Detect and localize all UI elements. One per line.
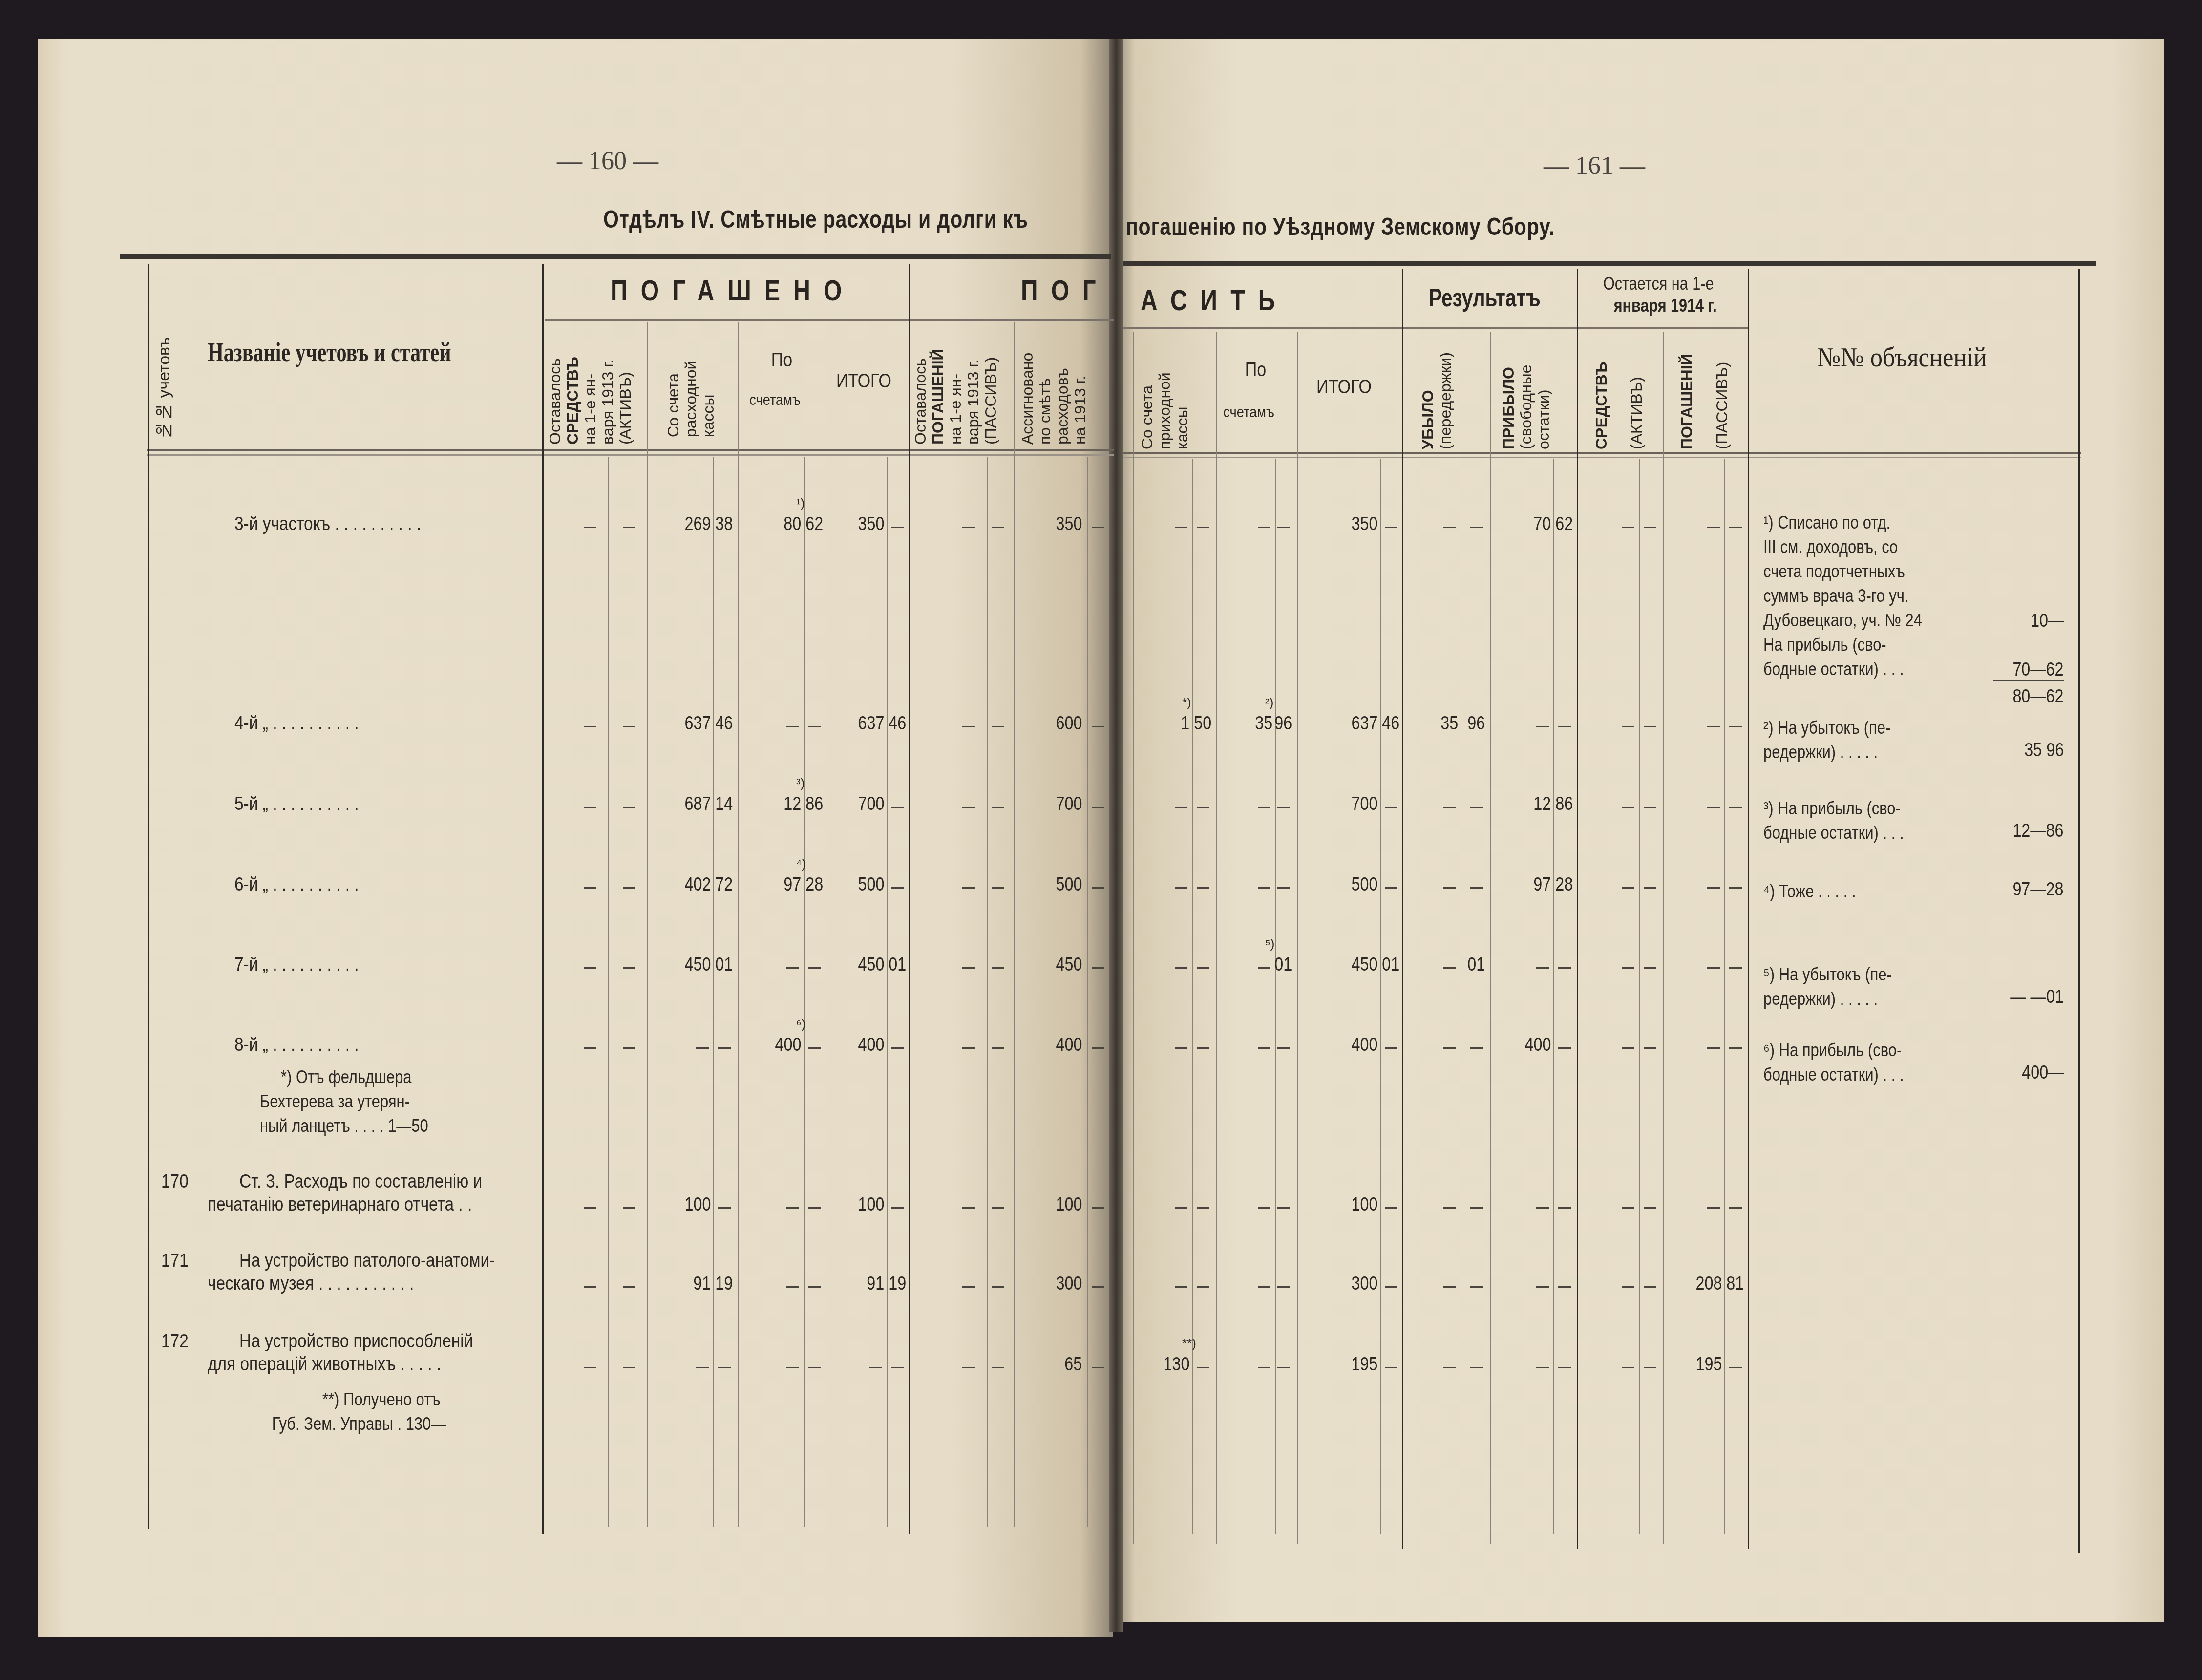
row-number: 172	[161, 1331, 189, 1352]
top-rule-left	[120, 254, 1111, 259]
header-itogo: ИТОГО	[836, 370, 891, 392]
empty-dash	[718, 1367, 731, 1368]
empty-dash	[869, 1367, 882, 1368]
empty-dash	[1175, 1286, 1187, 1288]
empty-dash	[1622, 726, 1634, 727]
header-so-scheta-rashod: Со счетарасходнойкассы	[664, 325, 717, 437]
col-line	[191, 264, 191, 1529]
empty-dash	[962, 527, 975, 528]
empty-dash	[1092, 527, 1104, 528]
prih-rub: 1	[1181, 713, 1189, 734]
empty-dash	[1622, 807, 1634, 808]
empty-dash	[891, 1207, 904, 1209]
empty-dash	[1258, 887, 1270, 889]
header-bottom-rule-right-2	[1123, 457, 2081, 458]
empty-dash	[1644, 527, 1656, 528]
header-bottom-rule-right	[1123, 452, 2081, 454]
empty-dash	[808, 967, 821, 969]
empty-dash	[992, 527, 1004, 528]
itogo-kop: 01	[889, 955, 906, 976]
ubylo-rub: 35	[1440, 713, 1458, 734]
empty-dash	[1197, 967, 1209, 969]
header-schetam-2: счетамъ	[1223, 403, 1274, 421]
empty-dash	[786, 967, 799, 969]
row-name: печатанію ветеринарнаго отчета . .	[208, 1194, 472, 1215]
rash-rub: 637	[684, 713, 711, 734]
section-title-left: Отдѣлъ IV. Смѣтные расходы и долги къ	[603, 205, 1028, 234]
rash-rub: 91	[693, 1274, 711, 1295]
col-line	[1639, 459, 1640, 1534]
empty-dash	[1385, 1367, 1397, 1368]
row-name-line1: На устройство приспособленій	[239, 1331, 473, 1352]
empty-dash	[1729, 1207, 1742, 1209]
header-pribylo: ПРИБЫЛО(свободныеостатки)	[1500, 332, 1552, 449]
itogo2-rub: 700	[1351, 794, 1377, 815]
empty-dash	[1729, 887, 1742, 889]
empty-dash	[1558, 1047, 1571, 1049]
empty-dash	[1175, 887, 1187, 889]
header-assignovano: Ассигнованопо смѣтѣрасходовъна 1913 г.	[1018, 325, 1089, 445]
empty-dash	[1443, 1286, 1456, 1288]
empty-dash	[1644, 726, 1656, 727]
header-sredstv: СРЕДСТВЪ(АКТИВЪ)	[1592, 337, 1645, 449]
empty-dash	[992, 1047, 1004, 1049]
empty-dash	[1443, 1367, 1456, 1368]
footnote-marker: ³)	[796, 776, 805, 791]
rash-rub: 450	[684, 955, 711, 976]
pribylo-rub: 12	[1533, 794, 1551, 815]
empty-dash	[623, 887, 635, 889]
empty-dash	[584, 967, 596, 969]
empty-dash	[1729, 1367, 1742, 1368]
empty-dash	[1558, 1207, 1571, 1209]
empty-dash	[891, 807, 904, 808]
empty-dash	[1277, 1207, 1290, 1209]
itogo-kop: 19	[889, 1274, 906, 1295]
empty-dash	[891, 1367, 904, 1368]
row-name: 4-й „ . . . . . . . . . .	[234, 713, 359, 734]
explanation-amount: — —01	[2010, 987, 2064, 1008]
empty-dash	[1707, 527, 1720, 528]
empty-dash	[1707, 726, 1720, 727]
rash-kop: 46	[715, 713, 733, 734]
header-name-col: Названіе учетовъ и статей	[208, 337, 451, 367]
empty-dash	[1729, 527, 1742, 528]
empty-dash	[1536, 726, 1549, 727]
empty-dash	[1729, 967, 1742, 969]
explanation-amount: 10—	[2031, 611, 2064, 632]
explanation-text: ³) На прибыль (сво-бодные остатки) . . .	[1763, 796, 1904, 845]
empty-dash	[1644, 967, 1656, 969]
empty-dash	[1092, 887, 1104, 889]
empty-dash	[1258, 1207, 1270, 1209]
empty-dash	[1197, 527, 1209, 528]
empty-dash	[1197, 807, 1209, 808]
col-line	[987, 457, 988, 1527]
footnote-marker: ⁴)	[796, 856, 806, 872]
col-line	[713, 457, 714, 1527]
rash-kop: 38	[715, 514, 733, 535]
col-line	[1275, 459, 1276, 1534]
empty-dash	[962, 887, 975, 889]
col-line	[804, 457, 805, 1527]
empty-dash	[992, 1207, 1004, 1209]
pogash-rub: 208	[1695, 1274, 1722, 1295]
page-number-left: — 160 —	[557, 147, 658, 175]
rash-kop: 14	[715, 794, 733, 815]
row-number: 171	[161, 1251, 189, 1272]
col-line	[1216, 332, 1217, 1544]
empty-dash	[1258, 1367, 1270, 1368]
empty-dash	[992, 1367, 1004, 1368]
empty-dash	[1536, 1367, 1549, 1368]
col-line	[647, 322, 648, 1527]
empty-dash	[1443, 1047, 1456, 1049]
empty-dash	[1707, 967, 1720, 969]
empty-dash	[786, 1367, 799, 1368]
col-line	[1380, 459, 1381, 1534]
row-name: для операцій животныхъ . . . . .	[208, 1354, 441, 1375]
empty-dash	[1443, 527, 1456, 528]
empty-dash	[1092, 1367, 1104, 1368]
po_sch-rub: 80	[783, 514, 801, 535]
empty-dash	[786, 1207, 799, 1209]
empty-dash	[1443, 1207, 1456, 1209]
itogo-rub: 500	[858, 874, 884, 895]
empty-dash	[1707, 807, 1720, 808]
row-name-line1: На устройство патолого-анатоми-	[239, 1251, 495, 1272]
prih-rub: 130	[1163, 1354, 1189, 1375]
empty-dash	[623, 807, 635, 808]
empty-dash	[1258, 1286, 1270, 1288]
empty-dash	[696, 1367, 709, 1368]
col-line	[1297, 332, 1298, 1544]
po_sch2-rub: 35	[1255, 713, 1272, 734]
empty-dash	[1622, 967, 1634, 969]
itogo-kop: 46	[889, 713, 906, 734]
empty-dash	[1470, 887, 1483, 889]
sum-rule	[1993, 680, 2064, 681]
empty-dash	[623, 527, 635, 528]
pribylo-rub: 97	[1533, 874, 1551, 895]
itogo-rub: 450	[858, 955, 884, 976]
empty-dash	[1385, 1286, 1397, 1288]
col-line	[608, 457, 609, 1527]
empty-dash	[1707, 887, 1720, 889]
empty-dash	[962, 726, 975, 727]
footnote-marker: ⁵)	[1265, 936, 1274, 952]
itogo2-rub: 400	[1351, 1035, 1377, 1056]
footnote-marker: **)	[1182, 1336, 1196, 1351]
col-line	[1014, 322, 1015, 1527]
itogo-rub: 400	[858, 1035, 884, 1056]
empty-dash	[623, 967, 635, 969]
empty-dash	[1258, 967, 1270, 969]
row-name: ческаго музея . . . . . . . . . . .	[208, 1274, 414, 1295]
empty-dash	[1197, 887, 1209, 889]
empty-dash	[962, 1047, 975, 1049]
explanation-amount: 12—86	[2013, 821, 2064, 842]
empty-dash	[1277, 527, 1290, 528]
subhdr-rule-left	[545, 319, 1114, 321]
rash-rub: 100	[684, 1194, 711, 1215]
empty-dash	[1258, 1047, 1270, 1049]
empty-dash	[1092, 967, 1104, 969]
empty-dash	[1175, 967, 1187, 969]
pribylo-kop: 28	[1555, 874, 1573, 895]
empty-dash	[623, 1207, 635, 1209]
assign-rub: 600	[1056, 713, 1082, 734]
footnote-marker: *)	[1182, 695, 1191, 710]
assign-rub: 350	[1056, 514, 1082, 535]
assign-rub: 400	[1056, 1035, 1082, 1056]
empty-dash	[1644, 1367, 1656, 1368]
col-line	[1192, 459, 1193, 1534]
ubylo-kop: 96	[1467, 713, 1485, 734]
empty-dash	[1558, 1367, 1571, 1368]
empty-dash	[1092, 726, 1104, 727]
empty-dash	[808, 1286, 821, 1288]
po_sch2-kop: 01	[1274, 955, 1292, 976]
pribylo-kop: 62	[1555, 514, 1573, 535]
itogo-rub: 91	[867, 1274, 884, 1295]
row-name: 5-й „ . . . . . . . . . .	[234, 794, 359, 815]
col-line	[887, 457, 888, 1527]
pribylo-rub: 70	[1533, 514, 1551, 535]
col-line	[1663, 332, 1664, 1544]
pogash-kop: 81	[1726, 1274, 1744, 1295]
subhdr-rule-right	[1123, 327, 1749, 329]
header-po: По	[771, 349, 792, 371]
empty-dash	[992, 887, 1004, 889]
empty-dash	[584, 1207, 596, 1209]
empty-dash	[1197, 1286, 1209, 1288]
header-remains-line1: Остается на 1-е	[1603, 274, 1714, 294]
footnote-marker: ²)	[1265, 695, 1273, 710]
empty-dash	[1277, 1286, 1290, 1288]
itogo2-rub: 195	[1351, 1354, 1377, 1375]
assign-rub: 65	[1064, 1354, 1082, 1375]
empty-dash	[718, 1047, 731, 1049]
empty-dash	[1470, 1207, 1483, 1209]
header-po-2: По	[1245, 359, 1266, 381]
assign-rub: 100	[1056, 1194, 1082, 1215]
empty-dash	[1258, 527, 1270, 528]
assign-rub: 450	[1056, 955, 1082, 976]
empty-dash	[1707, 1047, 1720, 1049]
header-group-pogasheno: ПОГАШЕНО	[611, 274, 855, 307]
empty-dash	[1443, 887, 1456, 889]
col-line	[1402, 269, 1403, 1549]
po_sch-kop: 86	[805, 794, 823, 815]
prih-kop: 50	[1194, 713, 1211, 734]
footnote-double-star: **) Получено отъ Губ. Зем. Управы . 130—	[322, 1387, 446, 1436]
empty-dash	[584, 1047, 596, 1049]
header-remains-line2: января 1914 г.	[1614, 296, 1717, 316]
empty-dash	[1092, 1286, 1104, 1288]
empty-dash	[1707, 1207, 1720, 1209]
explanation-text: ⁶) На прибыль (сво-бодные остатки) . . .	[1763, 1038, 1904, 1087]
empty-dash	[992, 726, 1004, 727]
header-ubylo: УБЫЛО(передержки)	[1419, 332, 1454, 449]
empty-dash	[1175, 1207, 1187, 1209]
empty-dash	[1443, 807, 1456, 808]
header-group-result: Результатъ	[1429, 283, 1541, 313]
empty-dash	[1622, 1047, 1634, 1049]
header-num-col: №№ учетовъ	[155, 313, 173, 440]
col-line	[542, 264, 544, 1534]
empty-dash	[584, 807, 596, 808]
empty-dash	[1536, 967, 1549, 969]
empty-dash	[1385, 527, 1397, 528]
itogo-rub: 637	[858, 713, 884, 734]
pogash-rub: 195	[1695, 1354, 1722, 1375]
col-line	[1133, 332, 1134, 1544]
explanation-text: ⁴) Тоже . . . . .	[1763, 879, 1856, 904]
row-number: 170	[161, 1171, 189, 1192]
empty-dash	[962, 1286, 975, 1288]
col-line	[1490, 332, 1491, 1544]
itogo2-kop: 01	[1382, 955, 1399, 976]
empty-dash	[1644, 1047, 1656, 1049]
ubylo-kop: 01	[1467, 955, 1485, 976]
empty-dash	[1385, 887, 1397, 889]
page-number-right: — 161 —	[1544, 151, 1645, 180]
empty-dash	[584, 1367, 596, 1368]
footnote-marker: ⁶)	[796, 1017, 805, 1032]
po_sch-kop: 62	[805, 514, 823, 535]
row-name: 8-й „ . . . . . . . . . .	[234, 1035, 359, 1056]
empty-dash	[1385, 1047, 1397, 1049]
col-line	[2078, 269, 2080, 1553]
empty-dash	[992, 967, 1004, 969]
footnote-star: *) Отъ фельдшера Бехтерева за утерян- ны…	[281, 1065, 428, 1138]
row-name-line1: Ст. 3. Расходъ по составленію и	[239, 1171, 482, 1192]
empty-dash	[891, 1047, 904, 1049]
empty-dash	[1536, 1286, 1549, 1288]
empty-dash	[623, 1047, 635, 1049]
empty-dash	[1092, 1047, 1104, 1049]
itogo2-rub: 100	[1351, 1194, 1377, 1215]
footnote-marker: ¹)	[796, 496, 805, 511]
explanation-text: ⁵) На убытокъ (пе-редержки) . . . . .	[1763, 962, 1892, 1011]
empty-dash	[1385, 807, 1397, 808]
col-line	[1748, 269, 1749, 1549]
empty-dash	[1092, 807, 1104, 808]
itogo-rub: 100	[858, 1194, 884, 1215]
empty-dash	[992, 807, 1004, 808]
header-ostavalos-sredstv: ОставалосьСРЕДСТВЪна 1-е ян-варя 1913 г.…	[546, 325, 634, 445]
empty-dash	[1622, 887, 1634, 889]
explanation-amount: 80—62	[2013, 686, 2064, 707]
empty-dash	[1175, 1047, 1187, 1049]
assign-rub: 300	[1056, 1274, 1082, 1295]
empty-dash	[891, 527, 904, 528]
empty-dash	[1729, 1047, 1742, 1049]
row-name: 3-й участокъ . . . . . . . . . .	[234, 514, 421, 535]
header-group-pog: ПОГ	[1021, 274, 1109, 307]
rash-rub: 687	[684, 794, 711, 815]
header-group-asit: АСИТЬ	[1141, 283, 1288, 317]
empty-dash	[1644, 1207, 1656, 1209]
empty-dash	[808, 1047, 821, 1049]
itogo2-rub: 637	[1351, 713, 1377, 734]
empty-dash	[584, 527, 596, 528]
empty-dash	[623, 726, 635, 727]
row-name: 6-й „ . . . . . . . . . .	[234, 874, 359, 895]
header-explanations: №№ объясненій	[1817, 342, 1987, 373]
empty-dash	[1622, 1207, 1634, 1209]
assign-rub: 700	[1056, 794, 1082, 815]
col-line	[148, 264, 149, 1529]
col-line	[1577, 269, 1578, 1549]
assign-rub: 500	[1056, 874, 1082, 895]
empty-dash	[1558, 726, 1571, 727]
empty-dash	[1277, 1367, 1290, 1368]
empty-dash	[962, 807, 975, 808]
itogo2-rub: 300	[1351, 1274, 1377, 1295]
po_sch-kop: 28	[805, 874, 823, 895]
header-pogasheniy: ПОГАШЕНІЙ(ПАССИВЪ)	[1678, 332, 1731, 449]
header-schetam: счетамъ	[749, 391, 801, 409]
empty-dash	[1622, 527, 1634, 528]
empty-dash	[962, 967, 975, 969]
empty-dash	[718, 1207, 731, 1209]
empty-dash	[1644, 1286, 1656, 1288]
empty-dash	[1622, 1367, 1634, 1368]
empty-dash	[623, 1367, 635, 1368]
empty-dash	[1277, 807, 1290, 808]
itogo2-rub: 500	[1351, 874, 1377, 895]
explanation-text: ¹) Списано по отд.III см. доходовъ, сосч…	[1763, 510, 1922, 681]
col-line	[826, 322, 826, 1527]
empty-dash	[1277, 1047, 1290, 1049]
header-bottom-rule-left	[147, 449, 1114, 451]
col-line	[738, 322, 739, 1527]
empty-dash	[1197, 1047, 1209, 1049]
po_sch-rub: 97	[783, 874, 801, 895]
empty-dash	[808, 726, 821, 727]
empty-dash	[1470, 807, 1483, 808]
empty-dash	[1092, 1207, 1104, 1209]
empty-dash	[808, 1367, 821, 1368]
empty-dash	[1197, 1207, 1209, 1209]
rash-kop: 19	[715, 1274, 733, 1295]
empty-dash	[696, 1047, 709, 1049]
explanation-amount: 400—	[2022, 1063, 2064, 1084]
col-line	[1461, 459, 1461, 1534]
explanation-amount: 97—28	[2013, 879, 2064, 900]
empty-dash	[1536, 1207, 1549, 1209]
empty-dash	[1197, 1367, 1209, 1368]
empty-dash	[1385, 1207, 1397, 1209]
empty-dash	[1729, 726, 1742, 727]
left-page	[38, 39, 1113, 1637]
empty-dash	[962, 1207, 975, 1209]
itogo2-kop: 46	[1382, 713, 1399, 734]
po_sch-rub: 400	[775, 1035, 801, 1056]
col-line	[1553, 459, 1554, 1534]
po_sch2-kop: 96	[1274, 713, 1292, 734]
col-line	[1087, 457, 1088, 1527]
row-name: 7-й „ . . . . . . . . . .	[234, 955, 359, 976]
empty-dash	[1729, 807, 1742, 808]
empty-dash	[786, 726, 799, 727]
header-so-scheta-prihod: Со счетаприходнойкассы	[1138, 342, 1191, 449]
po_sch-rub: 12	[783, 794, 801, 815]
empty-dash	[1258, 807, 1270, 808]
itogo-rub: 350	[858, 514, 884, 535]
